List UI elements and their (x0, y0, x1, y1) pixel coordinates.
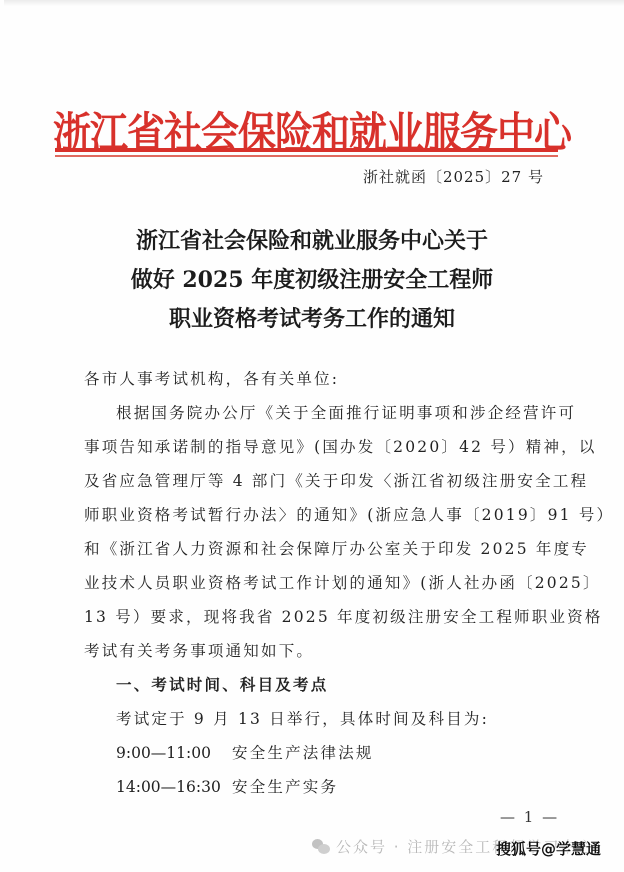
document-number: 浙社就函〔2025〕27 号 (363, 166, 544, 187)
paragraph-line: 和《浙江省人力资源和社会保障厅办公室关于印发 2025 年度专 (84, 532, 544, 566)
paragraph-line: 根据国务院办公厅《关于全面推行证明事项和涉企经营许可 (84, 396, 544, 430)
schedule-row: 14:00—16:30 安全生产实务 (84, 770, 544, 804)
masthead-rule-thick (55, 148, 558, 152)
top-edge-shadow (4, 0, 624, 6)
paragraph-line: 师职业资格考试暂行办法〉的通知》(浙应急人事〔2019〕91 号） (84, 498, 544, 532)
paragraph-line: 考试有关考务事项通知如下。 (84, 634, 544, 668)
schedule-subject: 安全生产法律法规 (232, 736, 374, 770)
sohu-watermark: 搜狐号@学慧通 (496, 838, 601, 859)
schedule-time: 9:00—11:00 (116, 736, 232, 770)
salutation: 各市人事考试机构，各有关单位: (84, 362, 544, 396)
schedule-time: 14:00—16:30 (116, 770, 232, 804)
page-number: — 1 — (500, 808, 559, 826)
paragraph-line: 业技术人员职业资格考试工作计划的通知》(浙人社办函〔2025〕 (84, 566, 544, 600)
section-heading: 一、考试时间、科目及考点 (84, 668, 544, 702)
paragraph-line: 13 号）要求，现将我省 2025 年度初级注册安全工程师职业资格 (84, 600, 544, 634)
title-line: 浙江省社会保险和就业服务中心关于 (0, 222, 624, 261)
schedule-subject: 安全生产实务 (232, 770, 338, 804)
paragraph-line: 事项告知承诺制的指导意见》(国办发〔2020〕42 号）精神，以 (84, 430, 544, 464)
exam-date-line: 考试定于 9 月 13 日举行，具体时间及科目为: (84, 702, 544, 736)
document-title: 浙江省社会保险和就业服务中心关于 做好 2025 年度初级注册安全工程师 职业资… (0, 222, 624, 339)
document-body: 各市人事考试机构，各有关单位: 根据国务院办公厅《关于全面推行证明事项和涉企经营… (84, 362, 544, 804)
schedule-row: 9:00—11:00 安全生产法律法规 (84, 736, 544, 770)
title-line: 做好 2025 年度初级注册安全工程师 (0, 261, 624, 300)
masthead-rule-thin (55, 155, 558, 157)
wechat-icon (312, 839, 330, 855)
title-line: 职业资格考试考务工作的通知 (0, 300, 624, 339)
paragraph-line: 及省应急管理厅等 4 部门《关于印发〈浙江省初级注册安全工程 (84, 464, 544, 498)
